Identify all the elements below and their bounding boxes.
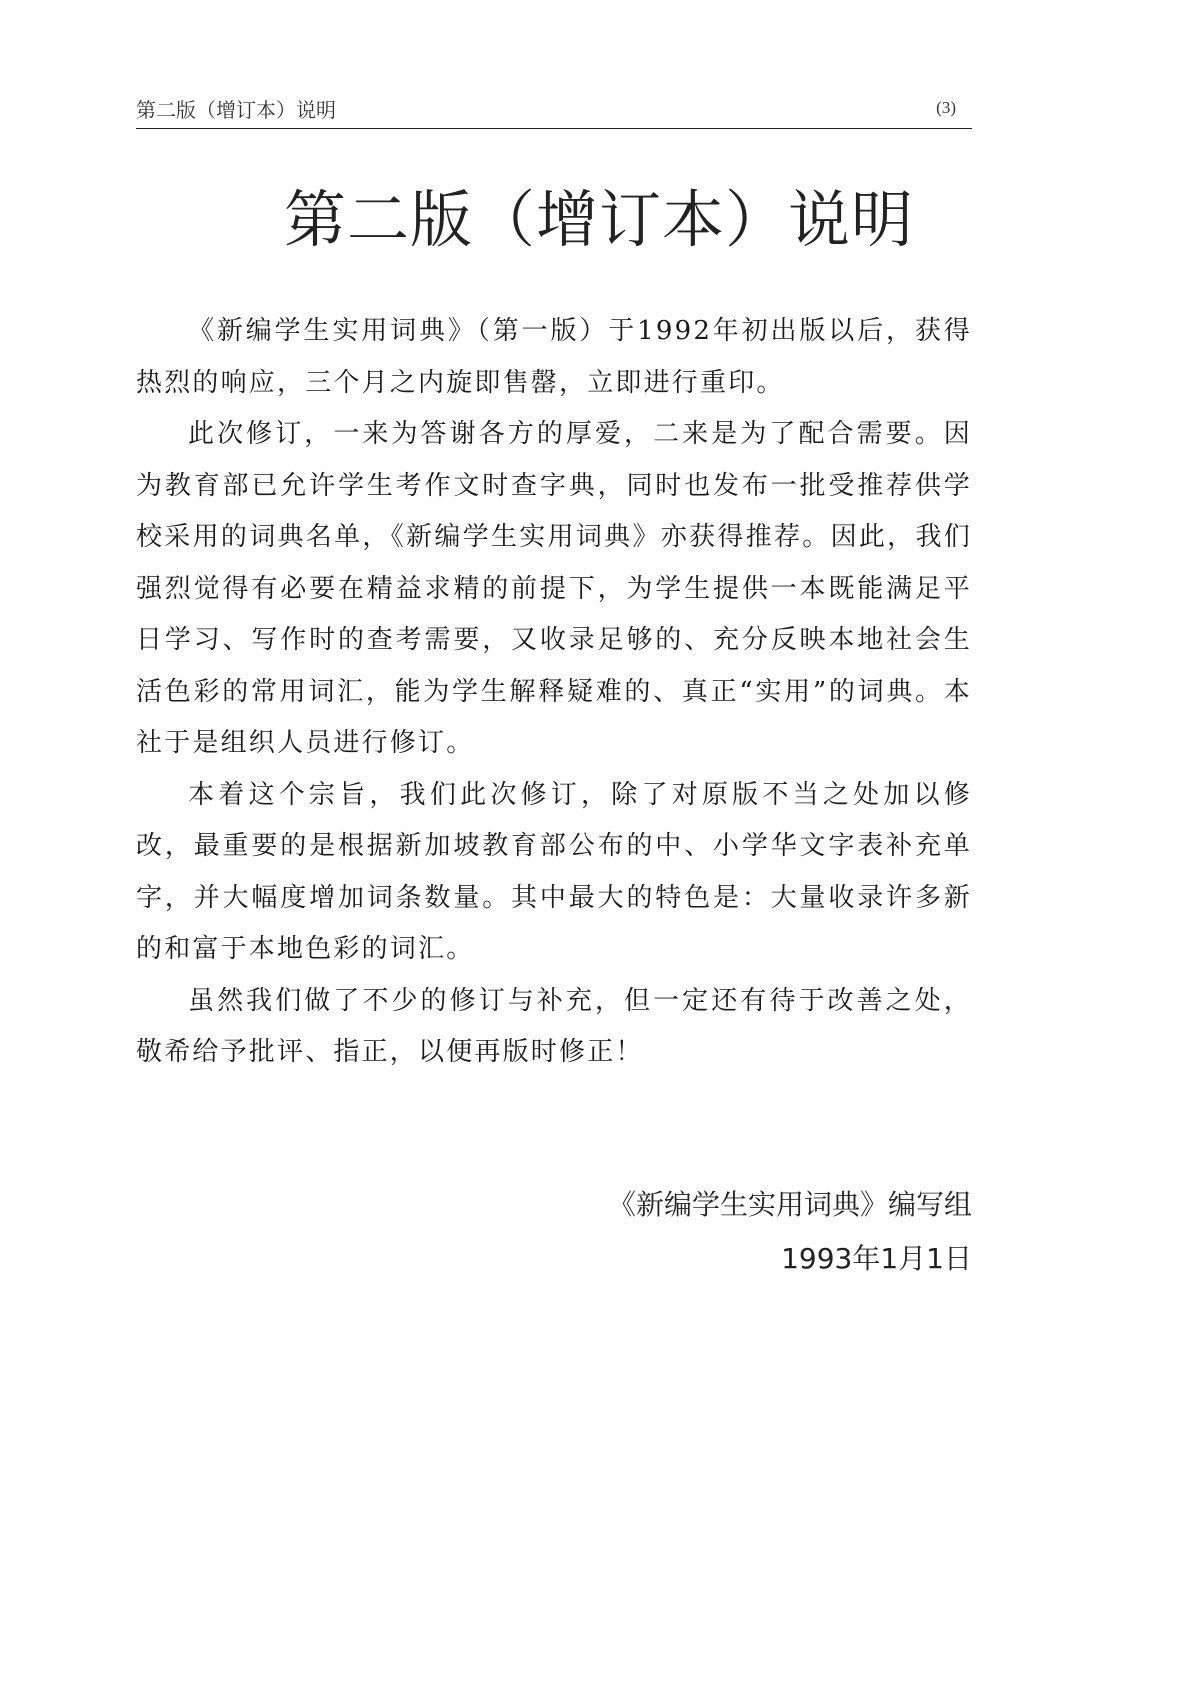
signature-author: 《新编学生实用词典》编写组	[608, 1178, 972, 1232]
page-number: (3)	[936, 98, 956, 118]
running-head: 第二版（增订本）说明 (3)	[136, 90, 972, 129]
paragraph-2: 此次修订，一来为答谢各方的厚爱，二来是为了配合需要。因为教育部已允许学生考作文时…	[136, 409, 972, 770]
page-title: 第二版（增订本）说明	[0, 170, 1198, 259]
paragraph-3: 本着这个宗旨，我们此次修订，除了对原版不当之处加以修改，最重要的是根据新加坡教育…	[136, 770, 972, 976]
running-head-title: 第二版（增订本）说明	[136, 94, 336, 123]
paragraph-1: 《新编学生实用词典》（第一版）于1992年初出版以后，获得热烈的响应，三个月之内…	[136, 306, 972, 409]
body-text: 《新编学生实用词典》（第一版）于1992年初出版以后，获得热烈的响应，三个月之内…	[136, 306, 972, 1079]
paragraph-4: 虽然我们做了不少的修订与补充，但一定还有待于改善之处，敬希给予批评、指正，以便再…	[136, 976, 972, 1079]
signature-date: 1993年1月1日	[608, 1232, 972, 1286]
signature-block: 《新编学生实用词典》编写组 1993年1月1日	[608, 1178, 972, 1286]
